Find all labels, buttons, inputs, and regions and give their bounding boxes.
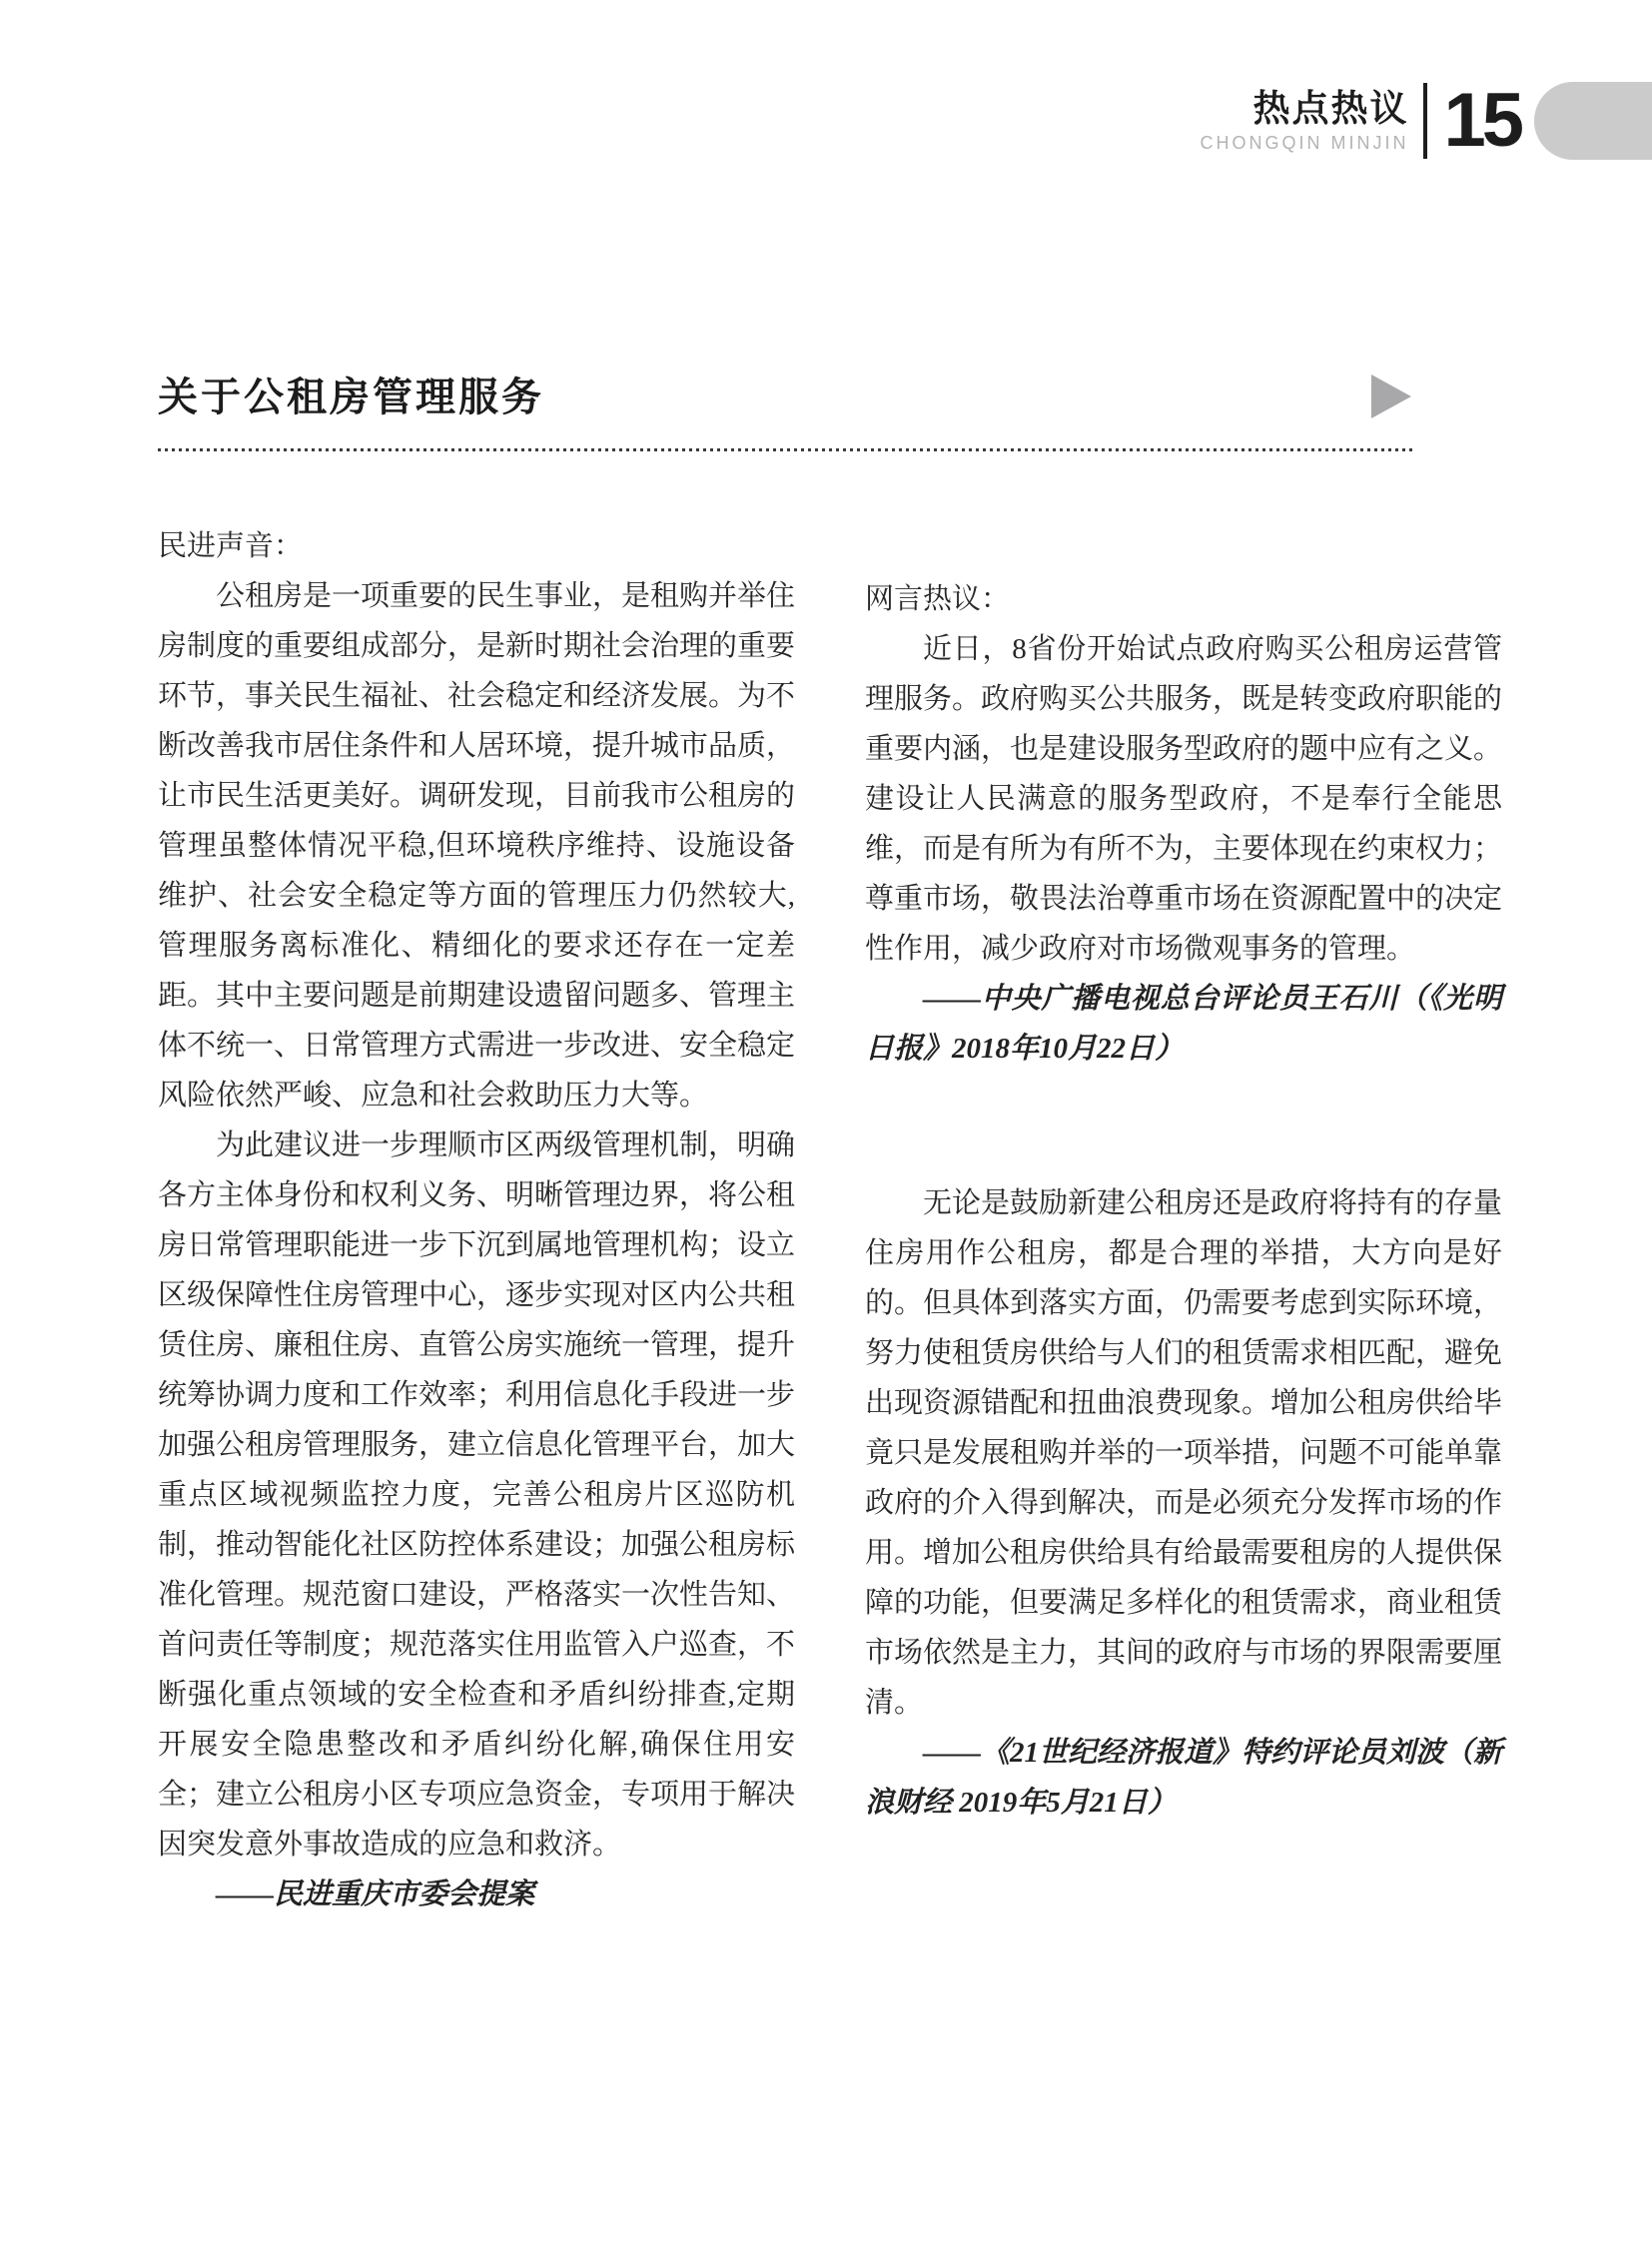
right-attribution-1: ——中央广播电视总台评论员王石川（《光明日报》2018年10月22日） [865, 974, 1502, 1074]
article-title: 关于公租房管理服务 [158, 366, 544, 422]
left-attribution: ——民进重庆市委会提案 [158, 1869, 795, 1919]
play-triangle-icon [1371, 374, 1411, 418]
page-number: 15 [1443, 82, 1520, 160]
magazine-page: 热点热议 CHONGQIN MINJIN 15 关于公租房管理服务 民进声音： … [0, 0, 1652, 2241]
right-paragraph-2: 无论是鼓励新建公租房还是政府将持有的存量住房用作公租房，都是合理的举措，大方向是… [865, 1178, 1502, 1728]
right-attribution-2: ——《21世纪经济报道》特约评论员刘波（新浪财经 2019年5月21日） [865, 1728, 1502, 1828]
left-paragraph-2: 为此建议进一步理顺市区两级管理机制，明确各方主体身份和权利义务、明晰管理边界，将… [158, 1120, 795, 1869]
left-column-heading: 民进声音： [158, 521, 795, 571]
section-title: 热点热议 [1200, 89, 1408, 129]
masthead-titles: 热点热议 CHONGQIN MINJIN [1200, 89, 1408, 154]
page-header: 热点热议 CHONGQIN MINJIN 15 [1200, 82, 1652, 160]
dotted-divider [158, 448, 1412, 451]
right-column: 网言热议： 近日，8省份开始试点政府购买公租房运营管理服务。政府购买公共服务，既… [865, 574, 1502, 1828]
right-paragraph-1: 近日，8省份开始试点政府购买公租房运营管理服务。政府购买公共服务，既是转变政府职… [865, 624, 1502, 974]
left-paragraph-1: 公租房是一项重要的民生事业，是租购并举住房制度的重要组成部分，是新时期社会治理的… [158, 571, 795, 1120]
corner-tab-shape [1534, 82, 1652, 160]
header-divider [1423, 83, 1427, 159]
left-column: 民进声音： 公租房是一项重要的民生事业，是租购并举住房制度的重要组成部分，是新时… [158, 521, 795, 1919]
section-subtitle: CHONGQIN MINJIN [1200, 132, 1408, 154]
right-column-heading: 网言热议： [865, 574, 1502, 624]
